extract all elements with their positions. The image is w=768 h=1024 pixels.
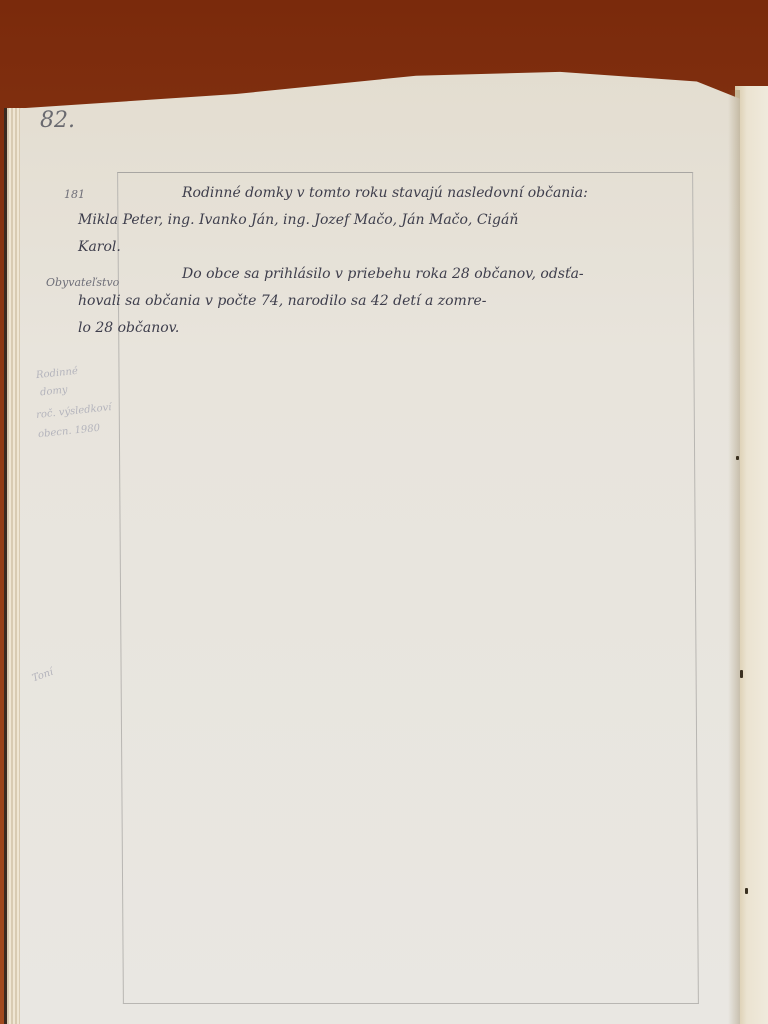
text-line: Karol. (78, 234, 690, 261)
page-number: 82. (40, 108, 75, 133)
text-line: Mikla Peter, ing. Ivanko Ján, ing. Jozef… (78, 207, 690, 234)
entry-number: 181 (64, 188, 85, 201)
text-line: hovali sa občania v počte 74, narodilo s… (78, 288, 690, 315)
text-line: lo 28 občanov. (78, 315, 690, 342)
binding-mark (736, 456, 739, 460)
binding-mark (740, 670, 743, 678)
gutter-shadow (728, 90, 740, 1024)
text-line: Do obce sa prihlásilo v priebehu roka 28… (130, 261, 690, 288)
binding-mark (745, 888, 748, 894)
chronicle-body-text: Rodinné domky v tomto roku stavajú nasle… (130, 180, 690, 342)
paragraph-population: Do obce sa prihlásilo v priebehu roka 28… (130, 261, 690, 342)
text-line: Rodinné domky v tomto roku stavajú nasle… (130, 180, 690, 207)
paragraph-family-houses: Rodinné domky v tomto roku stavajú nasle… (130, 180, 690, 261)
